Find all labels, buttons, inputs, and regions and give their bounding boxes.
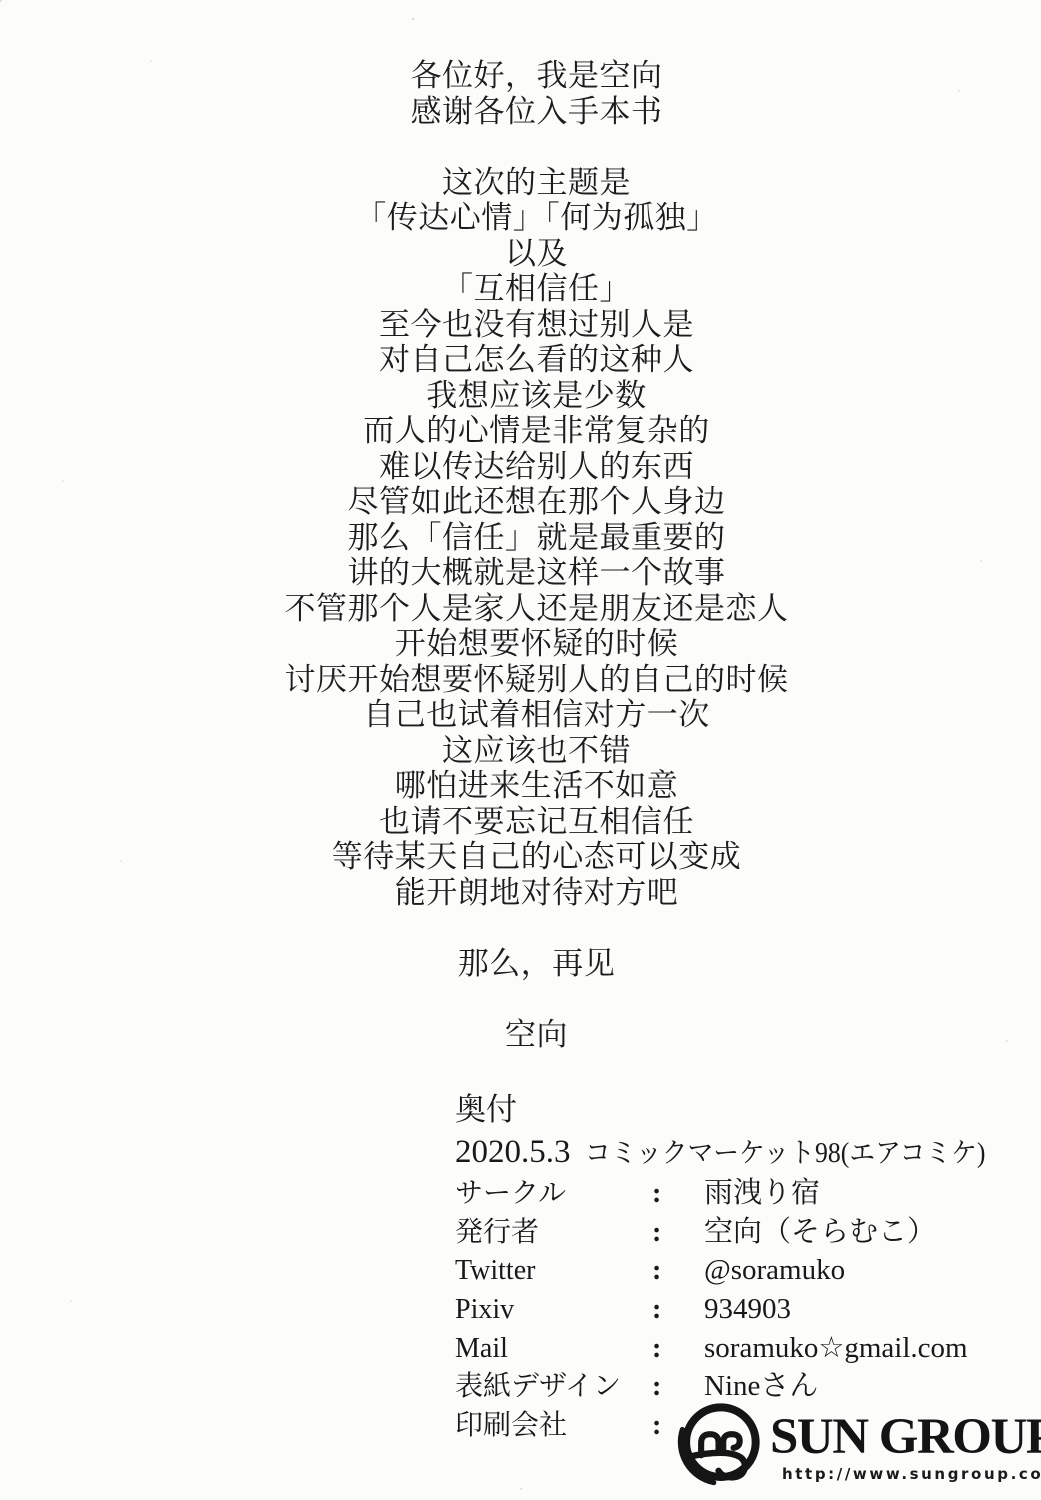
afterword-line: 尽管如此还想在那个人身边 — [16, 485, 1041, 521]
colophon-row-value: 空向（そらむこ） — [704, 1216, 936, 1248]
printer-url: http://www.sungroup.co.jp/ — [770, 1465, 1041, 1483]
afterword-text-block: 各位好，我是空向感谢各位入手本书这次的主题是「传达心情」「何为孤独」以及「互相信… — [16, 59, 1041, 1053]
colophon: 奥付 2020.5.3 コミックマーケット98(エアコミケ) サークル : 雨洩… — [455, 1088, 1041, 1445]
afterword-line: 对自己怎么看的这种人 — [16, 343, 1041, 379]
printer-name: SUN GROUP — [770, 1412, 1041, 1462]
afterword-line: 讨厌开始想要怀疑别人的自己的时候 — [16, 663, 1041, 699]
afterword-line — [16, 130, 1041, 166]
afterword-line: 「传达心情」「何为孤独」 — [16, 201, 1041, 237]
colophon-event-line: 2020.5.3 コミックマーケット98(エアコミケ) — [455, 1132, 1041, 1174]
colophon-row-colon: : — [652, 1175, 697, 1214]
afterword-line: 也请不要忘记互相信任 — [16, 805, 1041, 841]
colophon-row-label: サークル — [455, 1175, 645, 1214]
afterword-line: 讲的大概就是这样一个故事 — [16, 556, 1041, 592]
event-date: 2020.5.3 — [455, 1134, 571, 1170]
afterword-line: 「互相信任」 — [16, 272, 1041, 308]
afterword-line: 感谢各位入手本书 — [16, 95, 1041, 131]
afterword-line: 自己也试着相信对方一次 — [16, 698, 1041, 734]
colophon-row-value: 934903 — [704, 1293, 791, 1325]
colophon-row: Mail : soramuko☆gmail.com — [455, 1329, 1041, 1368]
colophon-row-colon: : — [652, 1291, 697, 1330]
afterword-line: 那么「信任」就是最重要的 — [16, 521, 1041, 557]
scan-noise-speckles — [0, 0, 2, 2]
colophon-row: サークル : 雨洩り宿 — [455, 1174, 1041, 1213]
afterword-line: 各位好，我是空向 — [16, 59, 1041, 95]
colophon-row-label: Twitter — [455, 1252, 645, 1291]
afterword-line: 等待某天自己的心态可以变成 — [16, 840, 1041, 876]
colophon-row-colon: : — [652, 1330, 697, 1369]
colophon-row-label: 表紙デザイン — [455, 1368, 645, 1407]
afterword-line — [16, 982, 1041, 1018]
colophon-row-label: 発行者 — [455, 1214, 645, 1253]
afterword-line: 而人的心情是非常复杂的 — [16, 414, 1041, 450]
colophon-row-value: @soramuko — [704, 1254, 845, 1286]
colophon-row-value: soramuko☆gmail.com — [704, 1332, 968, 1364]
printer-logo-text: SUN GROUP http://www.sungroup.co.jp/ — [770, 1398, 1041, 1483]
colophon-row-label: Pixiv — [455, 1291, 645, 1330]
afterword-line: 我想应该是少数 — [16, 379, 1041, 415]
colophon-row: Pixiv : 934903 — [455, 1290, 1041, 1329]
afterword-line: 空向 — [16, 1018, 1041, 1054]
colophon-row-value: 雨洩り宿 — [704, 1177, 820, 1209]
afterword-line: 这应该也不错 — [16, 734, 1041, 770]
afterword-line: 以及 — [16, 237, 1041, 273]
colophon-row-colon: : — [652, 1214, 697, 1253]
colophon-title: 奥付 — [455, 1088, 1041, 1132]
colophon-row-colon: : — [652, 1252, 697, 1291]
colophon-row: Twitter : @soramuko — [455, 1251, 1041, 1290]
afterword-line: 这次的主题是 — [16, 166, 1041, 202]
sun-group-logo-mark-icon — [672, 1398, 766, 1492]
afterword-line: 那么，再见 — [16, 947, 1041, 983]
colophon-row-label: Mail — [455, 1330, 645, 1369]
colophon-row: 発行者 : 空向（そらむこ） — [455, 1213, 1041, 1252]
printer-logo-block: SUN GROUP http://www.sungroup.co.jp/ — [672, 1398, 1041, 1492]
colophon-row-label: 印刷会社 — [455, 1407, 645, 1446]
afterword-line: 不管那个人是家人还是朋友还是恋人 — [16, 592, 1041, 628]
event-name: コミックマーケット98(エアコミケ) — [585, 1134, 985, 1174]
afterword-line: 开始想要怀疑的时候 — [16, 627, 1041, 663]
afterword-line: 哪怕进来生活不如意 — [16, 769, 1041, 805]
afterword-line — [16, 911, 1041, 947]
afterword-line: 能开朗地对待对方吧 — [16, 876, 1041, 912]
scanned-afterword-page: 各位好，我是空向感谢各位入手本书这次的主题是「传达心情」「何为孤独」以及「互相信… — [0, 0, 1041, 1500]
afterword-line: 至今也没有想过别人是 — [16, 308, 1041, 344]
afterword-line: 难以传达给别人的东西 — [16, 450, 1041, 486]
